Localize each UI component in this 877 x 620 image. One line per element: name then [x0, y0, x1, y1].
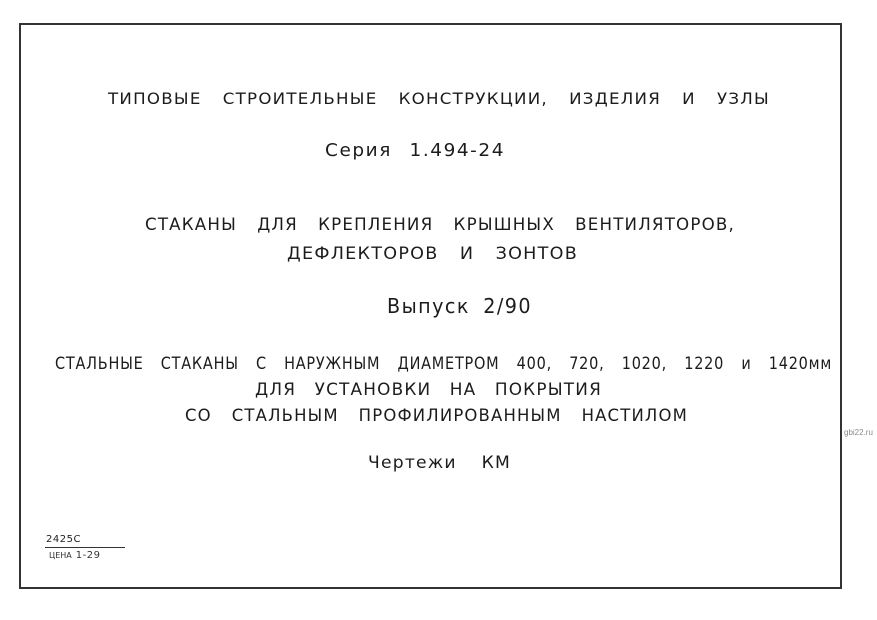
subtitle-line-1: СТАЛЬНЫЕ СТАКАНЫ С НАРУЖНЫМ ДИАМЕТРОМ 40…: [55, 356, 832, 373]
title-line-1: СТАКАНЫ ДЛЯ КРЕПЛЕНИЯ КРЫШНЫХ ВЕНТИЛЯТОР…: [145, 217, 735, 234]
price-value: 1-29: [76, 550, 101, 561]
price-label: ЦЕНА: [49, 551, 72, 560]
price-row: ЦЕНА1-29: [45, 551, 127, 561]
document-header: ТИПОВЫЕ СТРОИТЕЛЬНЫЕ КОНСТРУКЦИИ, ИЗДЕЛИ…: [108, 91, 770, 107]
title-line-2: ДЕФЛЕКТОРОВ И ЗОНТОВ: [287, 246, 578, 263]
stamp-divider: [45, 547, 125, 548]
catalog-stamp: 2425С ЦЕНА1-29: [45, 535, 127, 561]
catalog-code: 2425С: [45, 535, 127, 545]
series-number: Серия 1.494-24: [325, 142, 505, 160]
site-watermark: gbi22.ru: [844, 428, 873, 437]
issue-number: Выпуск 2/90: [387, 296, 532, 316]
subtitle-line-3: СО СТАЛЬНЫМ ПРОФИЛИРОВАННЫМ НАСТИЛОМ: [185, 408, 688, 425]
drawing-type: Чертежи КМ: [368, 455, 511, 472]
subtitle-line-2: ДЛЯ УСТАНОВКИ НА ПОКРЫТИЯ: [255, 382, 602, 399]
